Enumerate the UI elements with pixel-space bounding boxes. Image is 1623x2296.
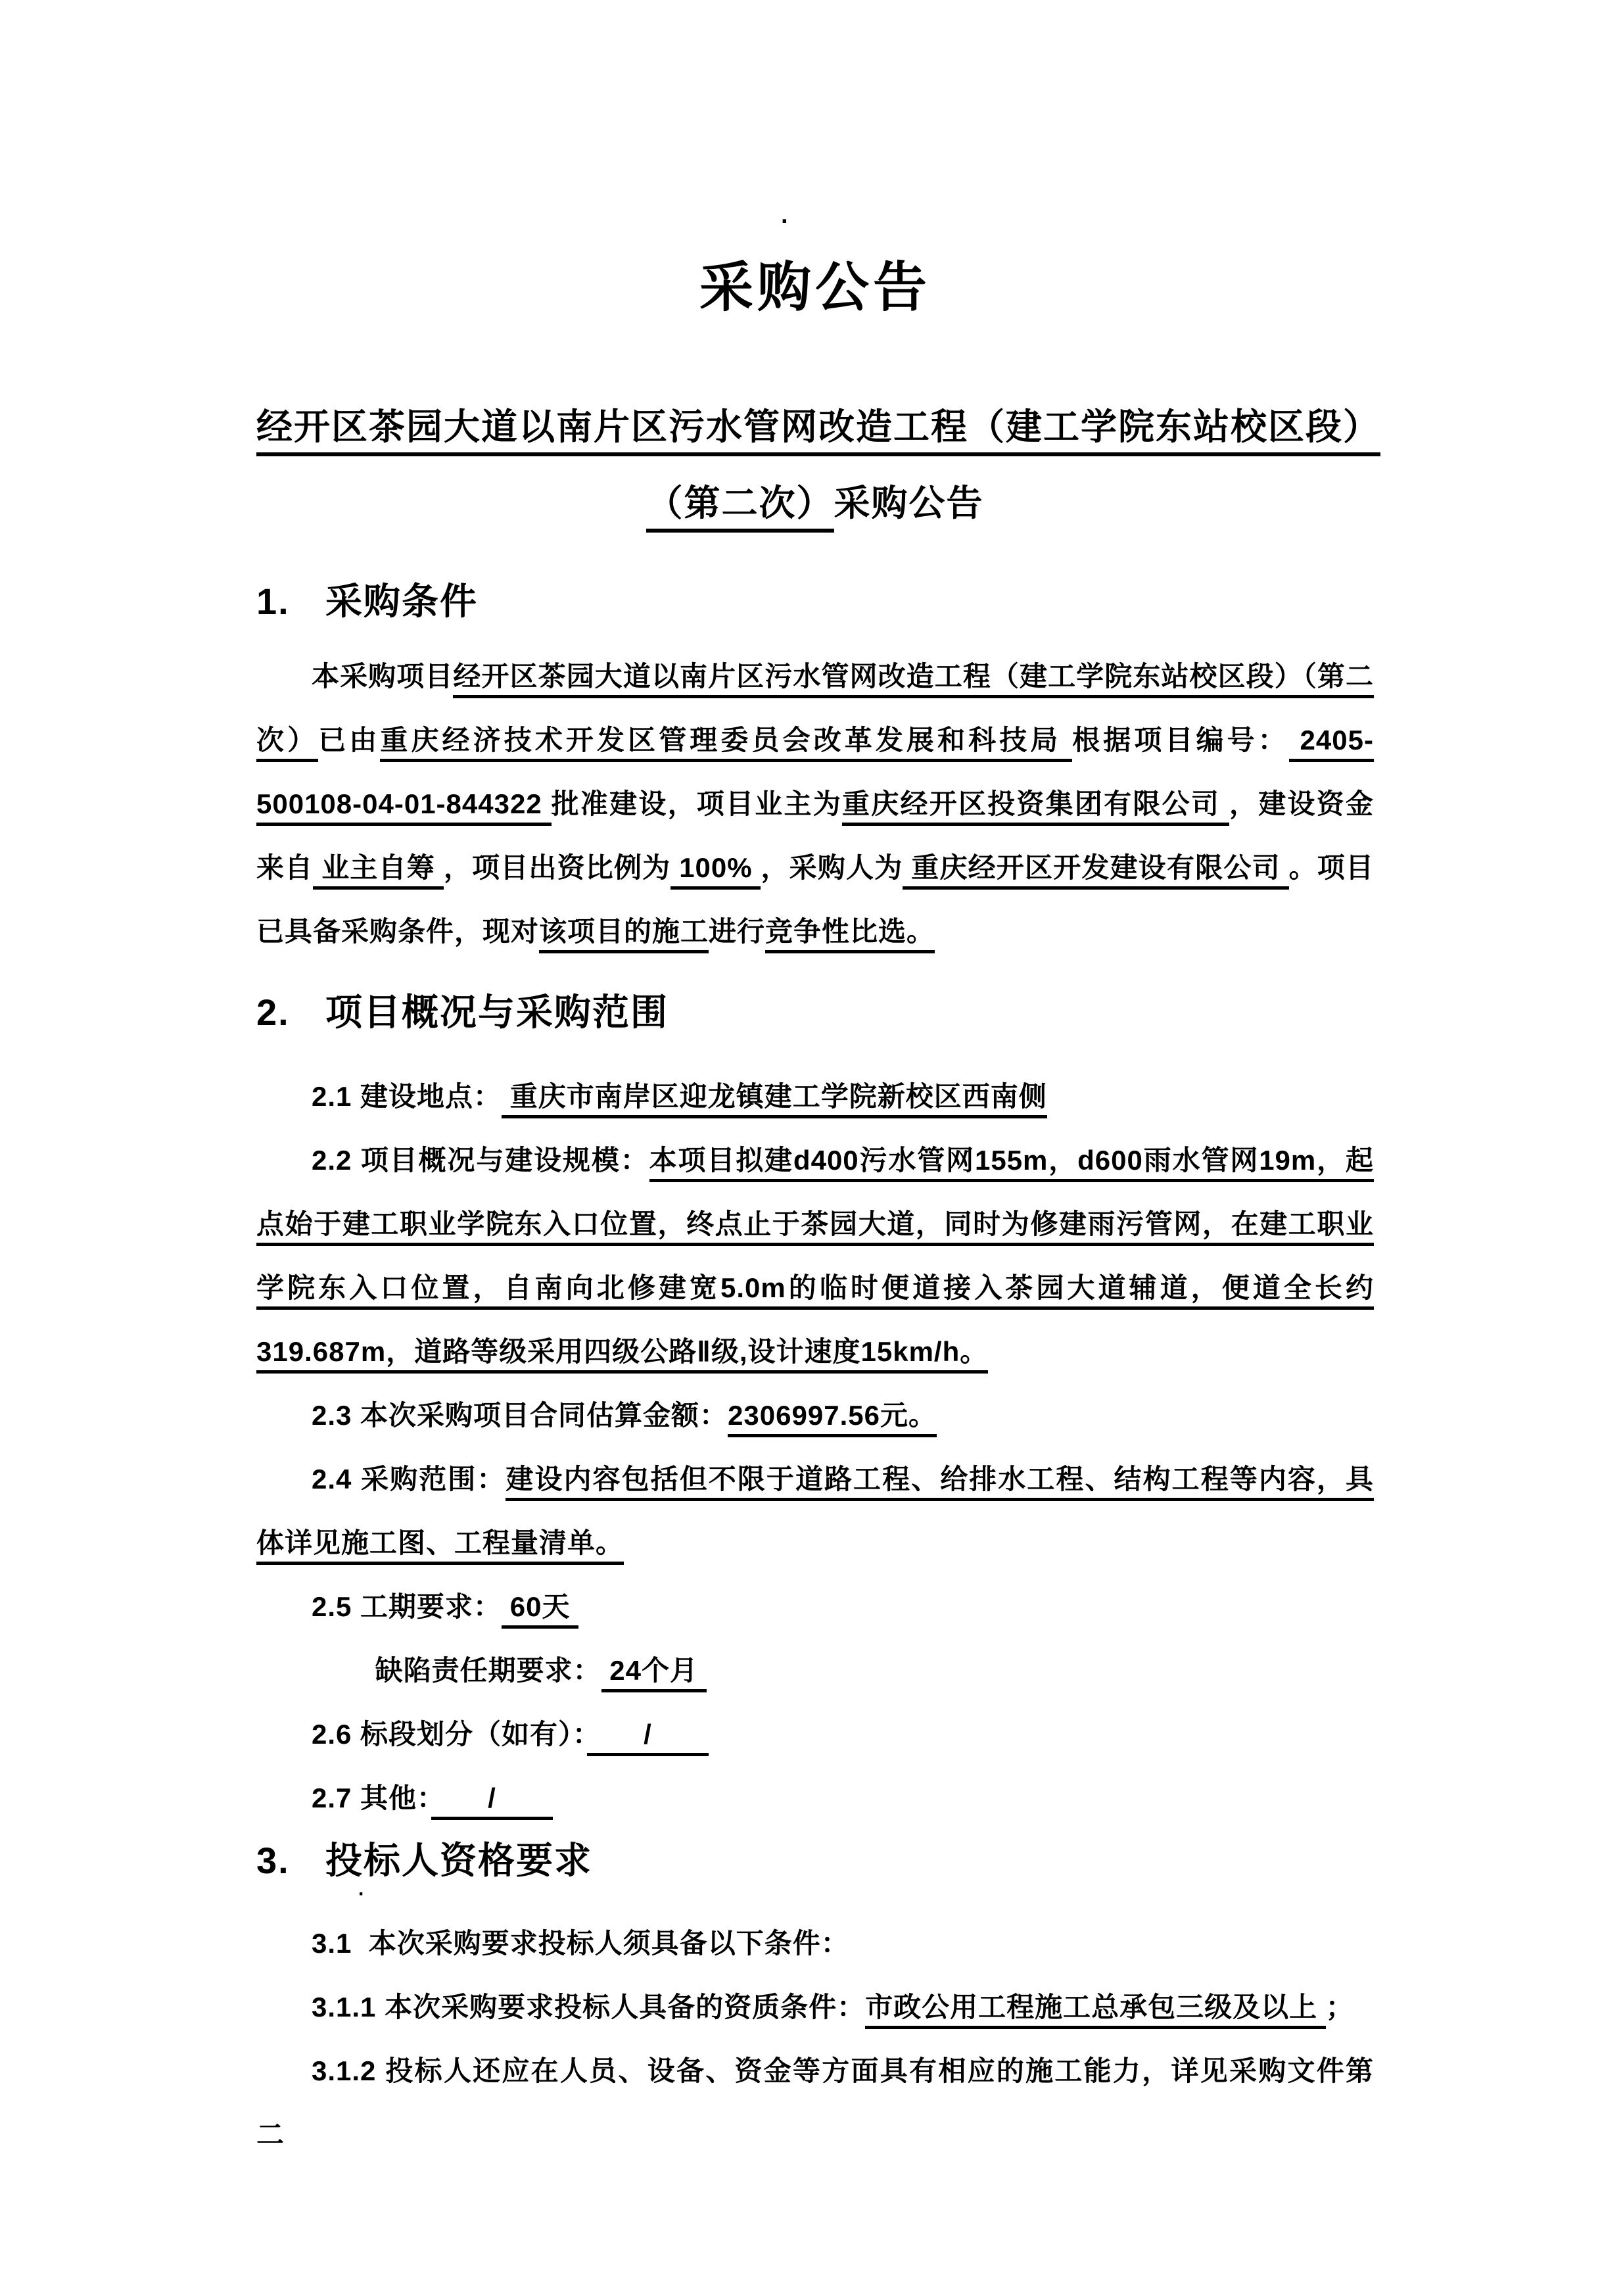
section-3-heading: 3.投标人资格要求 [256, 1838, 1374, 1884]
underlined-filled-blank: 重庆市南岸区迎龙镇建工学院新校区西南侧 [502, 1081, 1047, 1118]
scan-speck-section3: · [358, 1882, 365, 1907]
text-run: 2.6 标段划分（如有）： [312, 1719, 587, 1750]
text-run: 2.7 其他： [312, 1782, 431, 1813]
item-2-7-others: 2.7 其他： / [256, 1766, 1374, 1830]
document-subtitle-line1: 经开区茶园大道以南片区污水管网改造工程（建工学院东站校区段） [256, 404, 1374, 450]
scan-speck-above-title: · [781, 209, 789, 234]
text-run: ，项目出资比例为 [444, 852, 671, 883]
section-2-heading: 2.项目概况与采购范围 [256, 990, 1374, 1036]
text-run: 缺陷责任期要求： [375, 1655, 601, 1686]
item-2-1-construction-site: 2.1 建设地点： 重庆市南岸区迎龙镇建工学院新校区西南侧 [256, 1064, 1374, 1128]
text-run: 本采购项目 [312, 661, 453, 692]
text-run: 2.2 项目概况与建设规模： [312, 1145, 649, 1176]
procurement-conditions-paragraph: 本采购项目经开区茶园大道以南片区污水管网改造工程（建工学院东站校区段）（第二次）… [256, 644, 1374, 963]
underlined-filled-blank: / [587, 1719, 709, 1756]
underlined-filled-blank: 60天 [502, 1591, 578, 1629]
text-run: ； [1326, 1992, 1354, 2022]
section-3-title: 投标人资格要求 [325, 1840, 592, 1881]
section-bidder-qualification: 3.投标人资格要求 3.1 本次采购要求投标人须具备以下条件：3.1.1 本次采… [256, 1838, 1374, 2166]
section-3-body: 3.1 本次采购要求投标人须具备以下条件：3.1.1 本次采购要求投标人具备的资… [256, 1911, 1374, 2166]
section-2-number: 2. [256, 990, 325, 1036]
text-run: 采购公告 [834, 483, 984, 523]
text-run: 3.1.2 投标人还应在人员、设备、资金等方面具有相应的施工能力，详见采购文件第… [256, 2055, 1374, 2150]
text-run: 进行 [709, 916, 765, 947]
item-2-3-contract-estimate: 2.3 本次采购项目合同估算金额：2306997.56元。 [256, 1383, 1374, 1447]
text-run: 2.4 采购范围： [312, 1464, 506, 1495]
text-run: 3.1.1 本次采购要求投标人具备的资质条件： [312, 1992, 865, 2022]
text-run: 2.3 本次采购项目合同估算金额： [312, 1400, 728, 1431]
text-run: 3.1 本次采购要求投标人须具备以下条件： [312, 1928, 849, 1959]
section-procurement-conditions: 1.采购条件 本采购项目经开区茶园大道以南片区污水管网改造工程（建工学院东站校区… [256, 579, 1374, 963]
item-3-1-bidder-conditions: 3.1 本次采购要求投标人须具备以下条件： [256, 1911, 1374, 1975]
underlined-filled-blank: 该项目的施工 [539, 916, 709, 953]
underlined-filled-blank: 竞争性比选。 [765, 916, 935, 953]
text-run: 根据项目编号： [1072, 725, 1289, 755]
underlined-filled-blank: （第二次） [646, 483, 834, 533]
item-3-1-1-qualification: 3.1.1 本次采购要求投标人具备的资质条件：市政公用工程施工总承包三级及以上 … [256, 1975, 1374, 2039]
section-1-heading: 1.采购条件 [256, 579, 1374, 625]
underlined-filled-blank: 本项目拟建d400污水管网155m，d600雨水管网19m，起点始于建工职业学院… [256, 1145, 1374, 1374]
item-2-5-construction-period: 2.5 工期要求： 60天 [256, 1575, 1374, 1638]
document-subtitle-line2: （第二次）采购公告 [256, 480, 1374, 526]
section-1-title: 采购条件 [325, 581, 478, 622]
underlined-filled-blank: 重庆经济技术开发区管理委员会改革发展和科技局 [380, 725, 1072, 762]
underlined-filled-blank: 重庆经开区投资集团有限公司 [842, 788, 1229, 826]
item-2-6-bid-section-division: 2.6 标段划分（如有）： / [256, 1702, 1374, 1766]
underlined-filled-blank: 24个月 [601, 1655, 707, 1692]
text-run: 2.5 工期要求： [312, 1591, 502, 1622]
section-1-body: 本采购项目经开区茶园大道以南片区污水管网改造工程（建工学院东站校区段）（第二次）… [256, 644, 1374, 963]
text-run: ，采购人为 [761, 852, 903, 883]
document-page: · 采购公告 经开区茶园大道以南片区污水管网改造工程（建工学院东站校区段） （第… [0, 0, 1623, 2296]
item-3-1-2-capability: 3.1.2 投标人还应在人员、设备、资金等方面具有相应的施工能力，详见采购文件第… [256, 2039, 1374, 2166]
underlined-filled-blank: 100% [670, 852, 761, 890]
text-run: 2.1 建设地点： [312, 1081, 502, 1112]
section-2-body: 2.1 建设地点： 重庆市南岸区迎龙镇建工学院新校区西南侧2.2 项目概况与建设… [256, 1064, 1374, 1830]
text-run: 已由 [318, 725, 380, 755]
document-title: 采购公告 [256, 255, 1374, 321]
section-project-overview-scope: 2.项目概况与采购范围 2.1 建设地点： 重庆市南岸区迎龙镇建工学院新校区西南… [256, 990, 1374, 1830]
underlined-filled-blank: 市政公用工程施工总承包三级及以上 [865, 1992, 1326, 2029]
underlined-filled-blank: 2306997.56元。 [728, 1400, 937, 1437]
item-2-2-project-overview-scale: 2.2 项目概况与建设规模：本项目拟建d400污水管网155m，d600雨水管网… [256, 1128, 1374, 1383]
underlined-filled-blank: 经开区茶园大道以南片区污水管网改造工程（建工学院东站校区段） [256, 406, 1380, 456]
section-3-number: 3. [256, 1838, 325, 1884]
underlined-filled-blank: / [431, 1782, 553, 1820]
underlined-filled-blank: 业主自筹 [313, 852, 443, 890]
text-run: 批准建设，项目业主为 [552, 788, 842, 819]
underlined-filled-blank: 重庆经开区开发建设有限公司 [903, 852, 1288, 890]
item-2-4-procurement-scope: 2.4 采购范围：建设内容包括但不限于道路工程、给排水工程、结构工程等内容，具体… [256, 1447, 1374, 1575]
section-1-number: 1. [256, 579, 325, 625]
section-2-title: 项目概况与采购范围 [325, 992, 669, 1033]
item-defect-liability-period: 缺陷责任期要求： 24个月 [256, 1638, 1374, 1702]
